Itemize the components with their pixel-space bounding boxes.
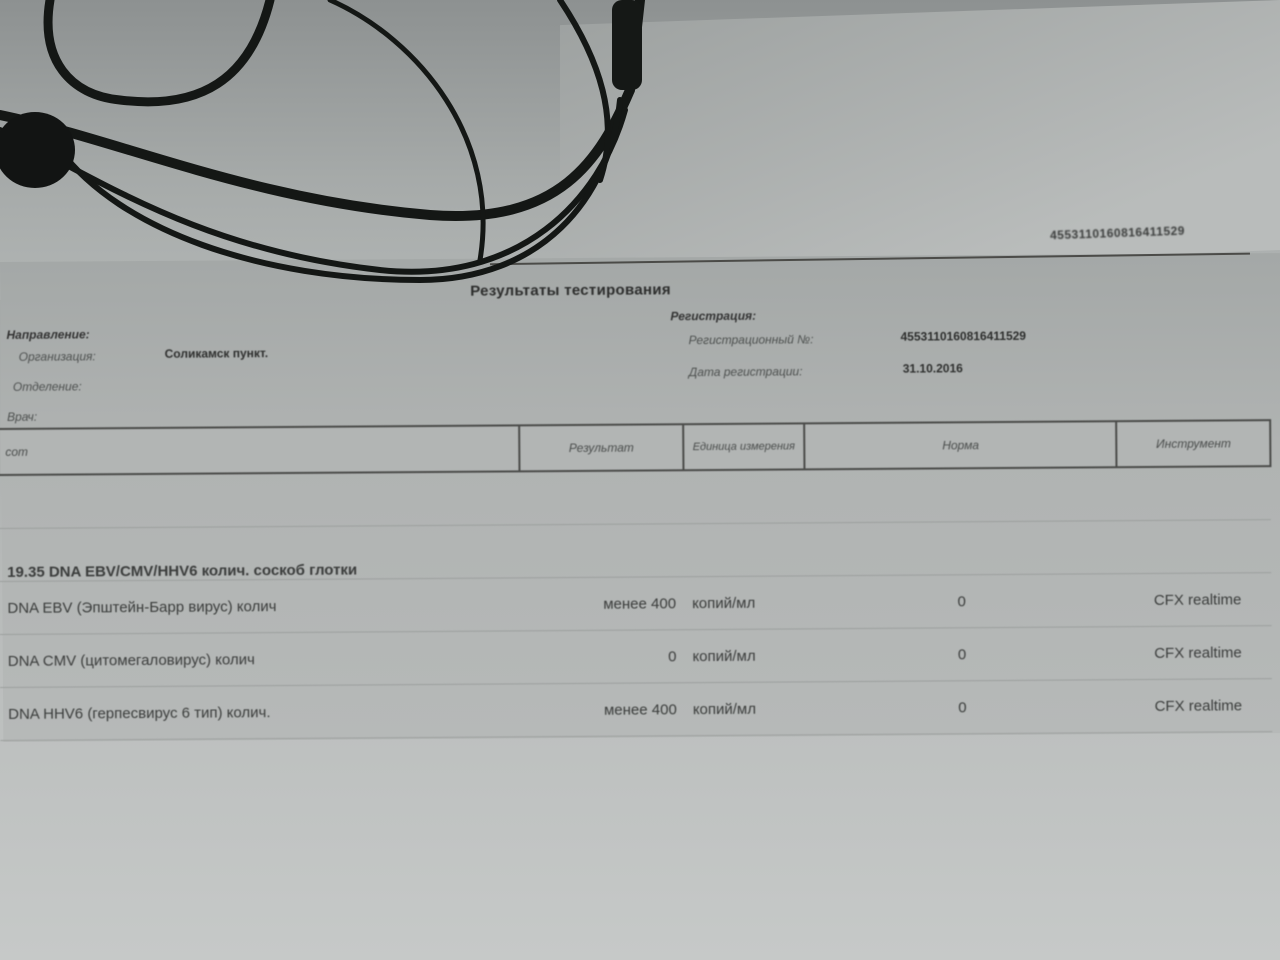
- test-instrument: CFX realtime: [1118, 679, 1272, 733]
- test-instrument: CFX realtime: [1118, 626, 1272, 680]
- test-result: менее 400: [521, 683, 685, 737]
- registration-date-value: 31.10.2016: [903, 361, 963, 375]
- registration-number-value: 4553110160816411529: [900, 329, 1026, 344]
- table-row: DNA HHV6 (герпесвирус 6 тип) колич. мене…: [0, 679, 1272, 741]
- test-norm: 0: [806, 627, 1118, 682]
- registration-number-label: Регистрационный №:: [689, 332, 814, 347]
- test-unit: копий/мл: [684, 576, 806, 630]
- organization-value: Соликамск пункт.: [165, 346, 269, 361]
- test-instrument: CFX realtime: [1118, 573, 1272, 627]
- department-label: Отделение:: [13, 379, 82, 393]
- doctor-label: Врач:: [7, 410, 37, 424]
- headphone-cable-icon: [0, 0, 700, 300]
- header-instrument: Инструмент: [1117, 420, 1271, 467]
- header-norm: Норма: [804, 421, 1116, 469]
- referral-label: Направление:: [6, 327, 89, 342]
- organization-label: Организация:: [19, 349, 96, 364]
- test-group-title: 19.35 DNA EBV/CMV/HHV6 колич. соскоб гло…: [0, 520, 1271, 582]
- test-result: менее 400: [521, 577, 685, 631]
- table-spacer: [0, 466, 1271, 528]
- test-norm: 0: [806, 574, 1118, 629]
- results-table: сот Результат Единица измерения Норма Ин…: [0, 419, 1273, 741]
- test-unit: копий/мл: [685, 682, 807, 736]
- registration-date-label: Дата регистрации:: [689, 364, 803, 379]
- table-row: DNA EBV (Эпштейн-Барр вирус) колич менее…: [0, 573, 1272, 635]
- header-result: Результат: [519, 424, 683, 471]
- test-group-row: 19.35 DNA EBV/CMV/HHV6 колич. соскоб гло…: [0, 520, 1271, 582]
- header-test: сот: [0, 425, 520, 475]
- test-unit: копий/мл: [684, 629, 806, 683]
- test-name: DNA CMV (цитомегаловирус) колич: [0, 631, 521, 688]
- test-norm: 0: [806, 680, 1118, 735]
- test-name: DNA HHV6 (герпесвирус 6 тип) колич.: [0, 684, 522, 741]
- lab-results-document: Результаты тестирования Направление: Орг…: [0, 253, 1280, 742]
- header-unit: Единица измерения: [683, 423, 805, 470]
- registration-label: Регистрация:: [670, 309, 756, 324]
- table-row: DNA CMV (цитомегаловирус) колич 0 копий/…: [0, 626, 1272, 688]
- test-name: DNA EBV (Эпштейн-Барр вирус) колич: [0, 578, 521, 635]
- test-result: 0: [521, 630, 685, 684]
